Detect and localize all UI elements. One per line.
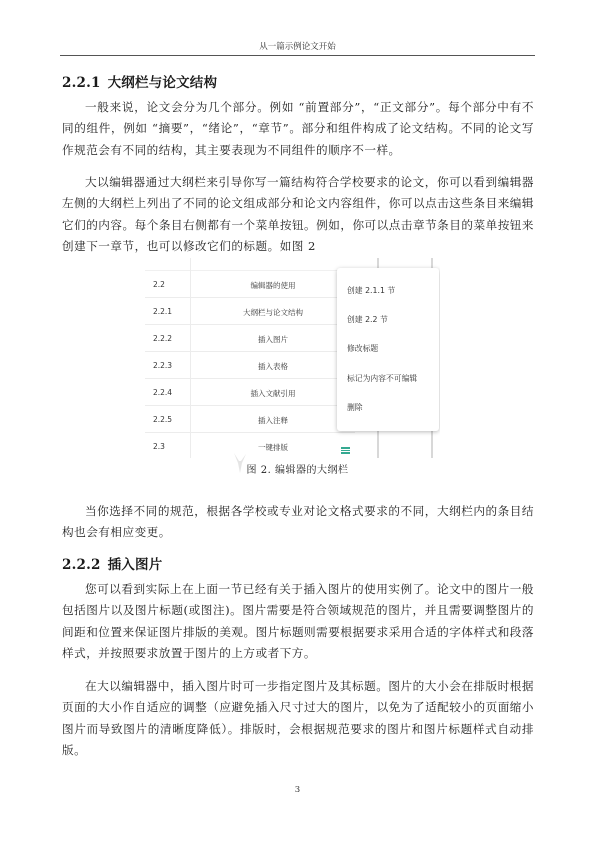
outline-item-number: 2.3 (153, 442, 165, 451)
outline-item-label: 插入注释 (191, 415, 355, 426)
outline-item-number: 2.2.3 (153, 361, 172, 370)
menu-item-create-section[interactable]: 创建 2.2 节 (347, 314, 388, 325)
outline-item-label: 插入文献引用 (191, 388, 355, 399)
paragraph: 大以编辑器通过大纲栏来引导你写一篇结构符合学校要求的论文，你可以看到编辑器左侧的… (62, 172, 534, 258)
outline-item-label: 插入图片 (191, 334, 355, 345)
section-heading-2-2-2: 2.2.2插入图片 (62, 553, 162, 573)
outline-item[interactable]: 2.2编辑器的使用 (145, 271, 355, 298)
outline-item[interactable]: 2.3一键排版 (145, 433, 355, 458)
menu-item-delete[interactable]: 删除 (347, 402, 363, 413)
page-number: 3 (0, 785, 595, 795)
running-header: 从一篇示例论文开始 (60, 40, 535, 56)
section-number: 2.2.1 (62, 75, 101, 91)
paragraph: 您可以看到实际上在上面一节已经有关于插入图片的使用实例了。论文中的图片一般包括图… (62, 579, 534, 665)
figure-outline-panel: 2.2编辑器的使用 2.2.1大纲栏与论文结构 2.2.2插入图片 2.2.3插… (145, 258, 440, 458)
outline-item[interactable]: 2.2.1大纲栏与论文结构 (145, 298, 355, 325)
outline-item-number: 2.2 (153, 280, 165, 289)
section-heading-2-2-1: 2.2.1大纲栏与论文结构 (62, 71, 217, 91)
paragraph: 当你选择不同的规范，根据各学校或专业对论文格式要求的不同，大纲栏内的条目结构也会… (62, 501, 534, 544)
context-menu: 创建 2.1.1 节 创建 2.2 节 修改标题 标记为内容不可编辑 删除 (337, 268, 439, 431)
section-title: 插入图片 (108, 557, 163, 573)
paragraph: 在大以编辑器中，插入图片时可一步指定图片及其标题。图片的大小会在排版时根据页面的… (62, 676, 534, 762)
outline-item-label: 编辑器的使用 (191, 280, 355, 291)
outline-item-label: 一键排版 (191, 442, 355, 453)
outline-item[interactable]: 2.2.5插入注释 (145, 406, 355, 433)
outline-item-number: 2.2.5 (153, 415, 172, 424)
outline-item-label: 大纲栏与论文结构 (191, 307, 355, 318)
outline-item[interactable]: 2.2.4插入文献引用 (145, 379, 355, 406)
paragraph: 一般来说，论文会分为几个部分。例如 “前置部分”，“正文部分”。每个部分中有不同… (62, 97, 534, 162)
figure-caption: 图 2. 编辑器的大纲栏 (0, 461, 595, 476)
outline-item-number: 2.2.1 (153, 307, 172, 316)
menu-item-create-subsection[interactable]: 创建 2.1.1 节 (347, 285, 395, 296)
outline-item-number: 2.2.2 (153, 334, 172, 343)
list-menu-icon[interactable] (341, 447, 350, 454)
section-title: 大纲栏与论文结构 (108, 75, 218, 91)
outline-item[interactable]: 2.2.3插入表格 (145, 352, 355, 379)
menu-item-rename[interactable]: 修改标题 (347, 343, 378, 354)
outline-item-label: 插入表格 (191, 361, 355, 372)
section-number: 2.2.2 (62, 557, 101, 573)
outline-item[interactable]: 2.2.2插入图片 (145, 325, 355, 352)
outline-item-number: 2.2.4 (153, 388, 172, 397)
menu-item-lock-content[interactable]: 标记为内容不可编辑 (347, 373, 417, 384)
